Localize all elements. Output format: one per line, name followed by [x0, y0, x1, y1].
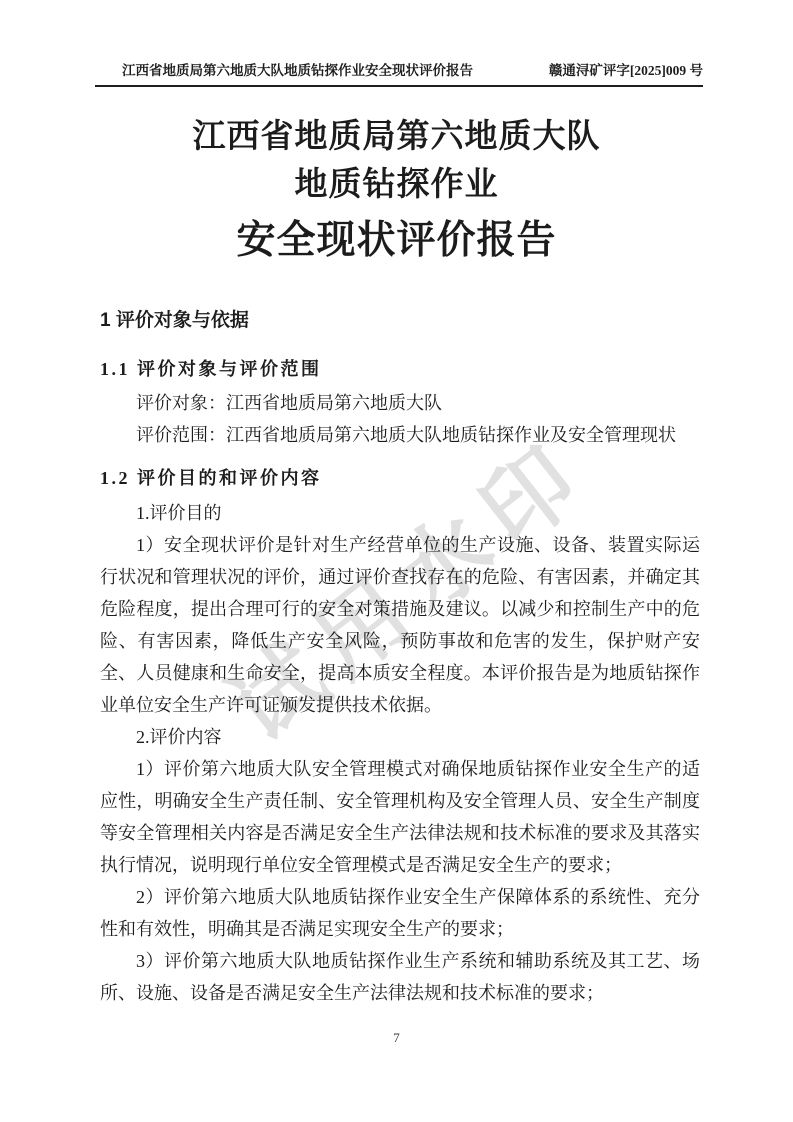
eval-object-line: 评价对象：江西省地质局第六地质大队 [100, 387, 700, 419]
title-report-name: 安全现状评价报告 [0, 218, 793, 264]
content-paragraph-2: 2）评价第六地质大队地质钻探作业安全生产保障体系的系统性、充分性和有效性，明确其… [100, 881, 700, 945]
document-body: 1 评价对象与依据 1.1 评价对象与评价范围 评价对象：江西省地质局第六地质大… [100, 296, 700, 1009]
section-1-heading: 1 评价对象与依据 [100, 308, 700, 334]
eval-scope-line: 评价范围：江西省地质局第六地质大队地质钻探作业及安全管理现状 [100, 419, 700, 451]
title-block: 江西省地质局第六地质大队 地质钻探作业 安全现状评价报告 [0, 113, 793, 264]
section-1-2-heading: 1.2 评价目的和评价内容 [100, 465, 700, 491]
running-header: 江西省地质局第六地质大队地质钻探作业安全现状评价报告 赣通浔矿评字[2025]0… [95, 62, 703, 87]
header-report-title: 江西省地质局第六地质大队地质钻探作业安全现状评价报告 [95, 62, 473, 79]
document-page: 试用水印 江西省地质局第六地质大队地质钻探作业安全现状评价报告 赣通浔矿评字[2… [0, 0, 793, 1122]
header-doc-number: 赣通浔矿评字[2025]009 号 [549, 62, 703, 79]
purpose-paragraph: 1）安全现状评价是针对生产经营单位的生产设施、设备、装置实际运行状况和管理状况的… [100, 529, 700, 721]
content-label: 2.评价内容 [100, 721, 700, 753]
section-1-1-heading: 1.1 评价对象与评价范围 [100, 356, 700, 382]
title-organization: 江西省地质局第六地质大队 [0, 113, 793, 161]
purpose-label: 1.评价目的 [100, 497, 700, 529]
title-activity: 地质钻探作业 [0, 161, 793, 209]
page-number: 7 [393, 1030, 400, 1045]
page-footer: 7 [0, 1030, 793, 1046]
content-paragraph-1: 1）评价第六地质大队安全管理模式对确保地质钻探作业安全生产的适应性，明确安全生产… [100, 753, 700, 881]
content-paragraph-3: 3）评价第六地质大队地质钻探作业生产系统和辅助系统及其工艺、场所、设施、设备是否… [100, 945, 700, 1009]
